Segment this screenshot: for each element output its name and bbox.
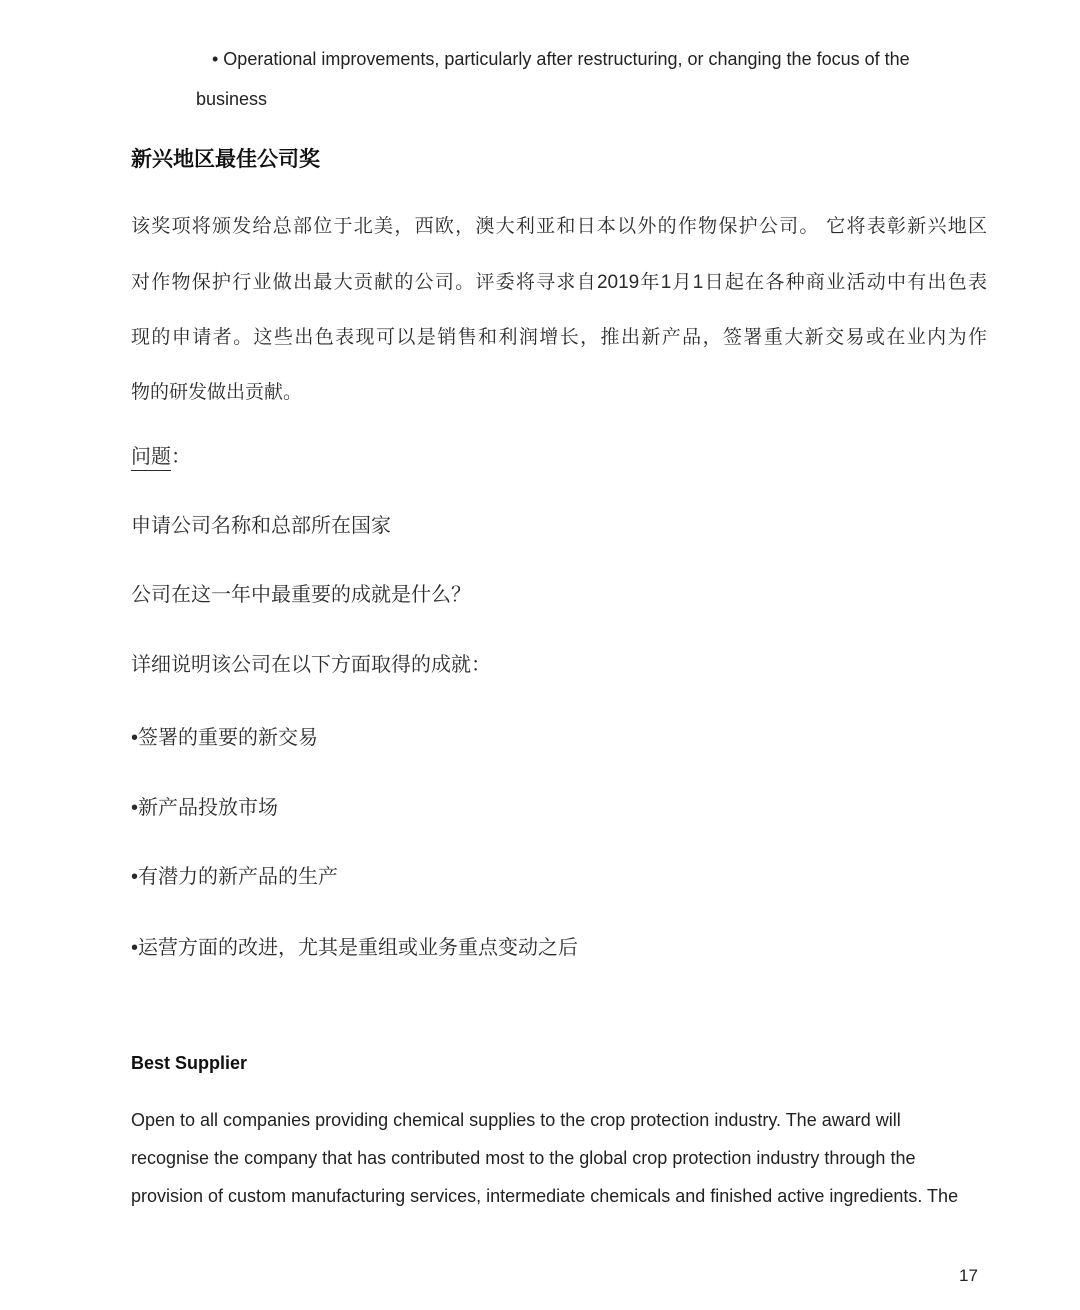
zh-bullet-new-products: •新产品投放市场 [131, 791, 278, 820]
award-paragraph-line: 物的研发做出贡献。 [131, 377, 987, 404]
best-supplier-paragraph-line: Open to all companies providing chemical… [131, 1108, 901, 1132]
bullet-line-operational: • Operational improvements, particularly… [212, 47, 910, 71]
award-paragraph-line: 现的申请者。这些出色表现可以是销售和利润增长，推出新产品，签署重大新交易或在业内… [131, 322, 987, 349]
best-supplier-paragraph-line: provision of custom manufacturing servic… [131, 1184, 958, 1208]
document-page: • Operational improvements, particularly… [0, 0, 1080, 1310]
award-paragraph-line: 对作物保护行业做出最大贡献的公司。评委将寻求自2019年1月1日起在各种商业活动… [131, 267, 987, 294]
zh-bullet-pipeline-production: •有潜力的新产品的生产 [131, 860, 338, 889]
heading-best-supplier: Best Supplier [131, 1053, 247, 1074]
award-paragraph-line: 该奖项将颁发给总部位于北美，西欧，澳大利亚和日本以外的作物保护公司。 它将表彰新… [131, 211, 987, 238]
questions-label: 问题： [131, 440, 191, 469]
bullet-line-operational-wrap: business [196, 87, 267, 111]
question-line-achievement: 公司在这一年中最重要的成就是什么？ [131, 578, 471, 607]
questions-label-underlined: 问题 [131, 446, 171, 471]
page-number: 17 [959, 1266, 978, 1286]
zh-bullet-new-deals: •签署的重要的新交易 [131, 721, 318, 750]
heading-emerging-region-award: 新兴地区最佳公司奖 [131, 143, 320, 173]
question-line-company-name: 申请公司名称和总部所在国家 [131, 509, 391, 538]
zh-bullet-operational-improvements: •运营方面的改进，尤其是重组或业务重点变动之后 [131, 931, 578, 960]
best-supplier-paragraph-line: recognise the company that has contribut… [131, 1146, 915, 1170]
questions-label-colon: ： [171, 446, 191, 468]
question-line-detail: 详细说明该公司在以下方面取得的成就： [131, 648, 491, 677]
